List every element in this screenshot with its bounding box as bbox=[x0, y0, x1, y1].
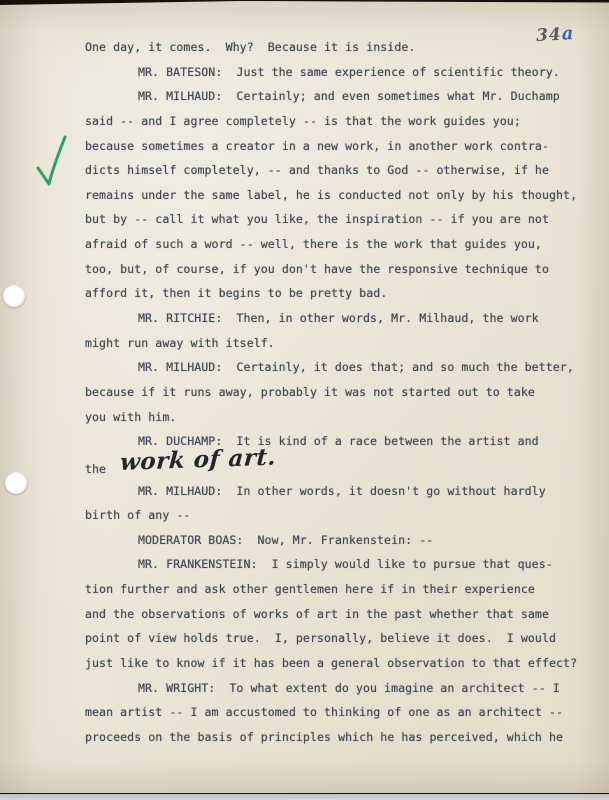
transcript-line: afraid of such a word -- well, there is … bbox=[85, 232, 581, 257]
transcript-line: said -- and I agree completely -- is tha… bbox=[85, 109, 581, 134]
transcript-line: you with him. bbox=[85, 405, 581, 430]
transcript-line: MR. BATESON: Just the same experience of… bbox=[85, 60, 581, 85]
handwritten-insert: work of art. bbox=[119, 445, 277, 475]
transcript-line: tion further and ask other gentlemen her… bbox=[85, 577, 581, 602]
transcript-line: remains under the same label, he is cond… bbox=[85, 183, 581, 208]
transcript-line: MR. MILHAUD: In other words, it doesn't … bbox=[85, 479, 581, 504]
transcript-line: One day, it comes. Why? Because it is in… bbox=[85, 35, 581, 60]
transcript-lines: One day, it comes. Why? Because it is in… bbox=[85, 35, 581, 750]
checkmark-icon bbox=[34, 134, 74, 196]
transcript-line: birth of any -- bbox=[85, 503, 581, 528]
scan-bottom-edge bbox=[0, 794, 609, 800]
transcript-line: the work of art. bbox=[85, 454, 581, 479]
transcript-line: just like to know if it has been a gener… bbox=[85, 651, 581, 676]
transcript-line: MR. RITCHIE: Then, in other words, Mr. M… bbox=[85, 306, 581, 331]
transcript-line: dicts himself completely, -- and thanks … bbox=[85, 158, 581, 183]
transcript-line: MR. FRANKENSTEIN: I simply would like to… bbox=[85, 552, 581, 577]
typed-text: the bbox=[85, 462, 113, 476]
transcript-line: and the observations of works of art in … bbox=[85, 602, 581, 627]
transcript-line: might run away with itself. bbox=[85, 331, 581, 356]
transcript-line: afford it, then it begins to be pretty b… bbox=[85, 281, 581, 306]
document-scan: 34a One day, it comes. Why? Because it i… bbox=[0, 0, 609, 800]
transcript-line: too, but, of course, if you don't have t… bbox=[85, 257, 581, 282]
transcript-line: MR. WRIGHT: To what extent do you imagin… bbox=[85, 676, 581, 701]
transcript-line: because sometimes a creator in a new wor… bbox=[85, 134, 581, 159]
transcript-page: 34a One day, it comes. Why? Because it i… bbox=[0, 0, 609, 793]
transcript-line: MODERATOR BOAS: Now, Mr. Frankenstein: -… bbox=[85, 528, 581, 553]
punch-hole-top bbox=[3, 285, 25, 307]
transcript-line: mean artist -- I am accustomed to thinki… bbox=[85, 700, 581, 725]
transcript-line: MR. MILHAUD: Certainly, it does that; an… bbox=[85, 355, 581, 380]
transcript-line: MR. MILHAUD: Certainly; and even sometim… bbox=[85, 84, 581, 109]
transcript-line: proceeds on the basis of principles whic… bbox=[85, 725, 581, 750]
transcript-line: but by -- call it what you like, the ins… bbox=[85, 207, 581, 232]
transcript-line: because if it runs away, probably it was… bbox=[85, 380, 581, 405]
transcript-line: point of view holds true. I, personally,… bbox=[85, 626, 581, 651]
punch-hole-bottom bbox=[5, 472, 27, 494]
